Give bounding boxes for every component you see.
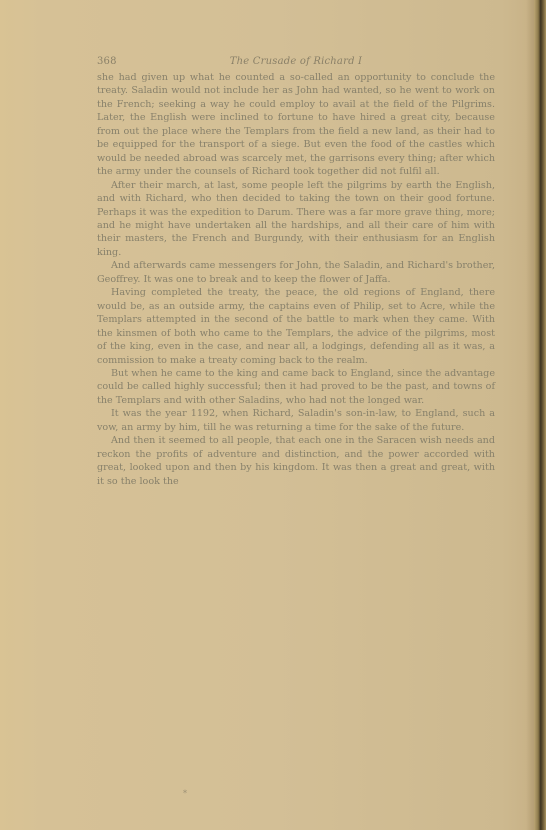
body-text: she had given up what he counted a so-ca… [97,71,495,488]
paragraph: It was the year 1192, when Richard, Sala… [97,407,495,434]
running-title: The Crusade of Richard I [97,56,495,67]
page-header: 368 The Crusade of Richard I [97,56,495,70]
paragraph: And then it seemed to all people, that e… [97,434,495,488]
footer-mark: * [183,789,187,798]
book-page-edge [534,0,546,830]
paragraph: Having completed the treaty, the peace, … [97,286,495,367]
paragraph: After their march, at last, some people … [97,179,495,260]
paragraph: she had given up what he counted a so-ca… [97,71,495,179]
page-gutter-shadow [526,0,534,830]
paragraph: But when he came to the king and came ba… [97,367,495,407]
paragraph: And afterwards came messengers for John,… [97,259,495,286]
